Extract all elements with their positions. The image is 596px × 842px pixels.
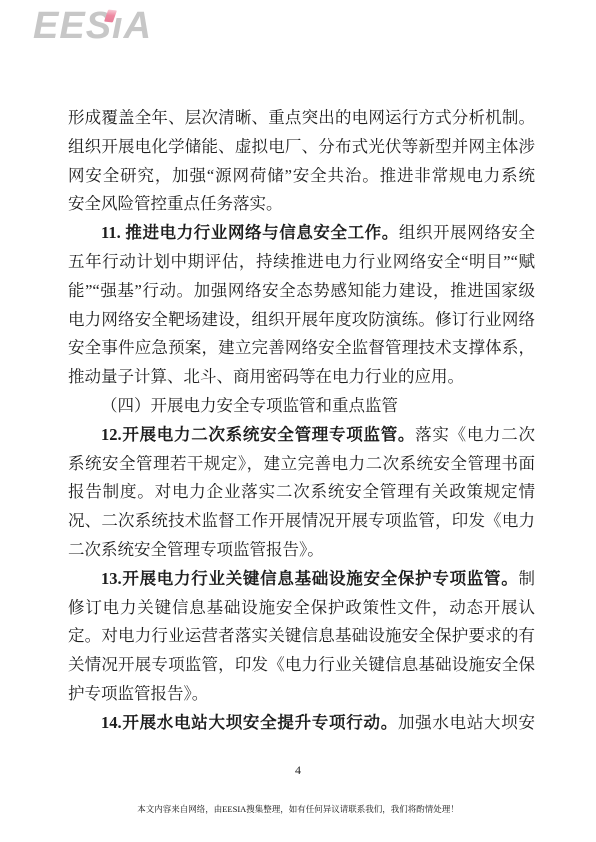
body-text: 安全风险管控重点任务落实。 bbox=[68, 194, 283, 213]
text-line: 14.开展水电站大坝安全提升专项行动。加强水电站大坝安 bbox=[68, 709, 535, 738]
body-text: 关情况开展专项监管，印发《电力行业关键信息基础设施安全保 bbox=[68, 655, 535, 674]
body-text: 定。对电力行业运营者落实关键信息基础设施安全保护要求的有 bbox=[68, 626, 535, 645]
text-line: 网安全研究，加强“源网荷储”安全共治。推进非常规电力系统 bbox=[68, 162, 535, 191]
body-text: 推动量子计算、北斗、商用密码等在电力行业的应用。 bbox=[68, 367, 464, 386]
body-text: 网安全研究，加强“源网荷储”安全共治。推进非常规电力系统 bbox=[68, 166, 535, 185]
text-line: 修订电力关键信息基础设施安全保护政策性文件，动态开展认 bbox=[68, 594, 535, 623]
body-text: 能”“强基”行动。加强网络安全态势感知能力建设，推进国家级 bbox=[68, 281, 535, 300]
body-text: 制 bbox=[519, 569, 536, 588]
heading-text: 11. 推进电力行业网络与信息安全工作。 bbox=[101, 223, 399, 242]
body-text: 五年行动计划中期评估，持续推进电力行业网络安全“明目”“赋 bbox=[68, 252, 535, 271]
text-line: 安全事件应急预案，建立完善网络安全监督管理技术支撑体系， bbox=[68, 334, 535, 363]
body-text: 组织开展网络安全 bbox=[399, 223, 535, 242]
body-text: 二次系统安全管理专项监管报告》。 bbox=[68, 540, 324, 559]
body-text: 护专项监管报告》。 bbox=[68, 684, 208, 703]
footer-disclaimer: 本文内容来自网络，由EESIA搜集整理，如有任何异议请联系我们，我们将酌情处理！ bbox=[0, 803, 596, 815]
text-line: 11. 推进电力行业网络与信息安全工作。组织开展网络安全 bbox=[68, 219, 535, 248]
heading-text: 12.开展电力二次系统安全管理专项监管。 bbox=[101, 425, 415, 444]
body-text: 电力网络安全靶场建设，组织开展年度攻防演练。修订行业网络 bbox=[68, 310, 535, 329]
text-line: 电力网络安全靶场建设，组织开展年度攻防演练。修订行业网络 bbox=[68, 306, 535, 335]
text-line: 组织开展电化学储能、虚拟电厂、分布式光伏等新型并网主体涉 bbox=[68, 133, 535, 162]
body-text: 加强水电站大坝安 bbox=[398, 713, 535, 732]
body-text: （四）开展电力安全专项监管和重点监管 bbox=[101, 396, 398, 415]
body-text: 系统安全管理若干规定》，建立完善电力二次系统安全管理书面 bbox=[68, 454, 535, 473]
page-number: 4 bbox=[0, 763, 596, 778]
body-text: 形成覆盖全年、层次清晰、重点突出的电网运行方式分析机制。 bbox=[68, 108, 535, 127]
text-line: 护专项监管报告》。 bbox=[68, 680, 535, 709]
document-lines: 形成覆盖全年、层次清晰、重点突出的电网运行方式分析机制。组织开展电化学储能、虚拟… bbox=[68, 104, 535, 738]
heading-text: 13.开展电力行业关键信息基础设施安全保护专项监管。 bbox=[101, 569, 519, 588]
body-text: 况、二次系统技术监督工作开展情况开展专项监管，印发《电力 bbox=[68, 511, 535, 530]
text-line: 关情况开展专项监管，印发《电力行业关键信息基础设施安全保 bbox=[68, 651, 535, 680]
text-line: 报告制度。对电力企业落实二次系统安全管理有关政策规定情 bbox=[68, 478, 535, 507]
text-line: 形成覆盖全年、层次清晰、重点突出的电网运行方式分析机制。 bbox=[68, 104, 535, 133]
document-body: 形成覆盖全年、层次清晰、重点突出的电网运行方式分析机制。组织开展电化学储能、虚拟… bbox=[68, 104, 535, 738]
text-line: 能”“强基”行动。加强网络安全态势感知能力建设，推进国家级 bbox=[68, 277, 535, 306]
body-text: 报告制度。对电力企业落实二次系统安全管理有关政策规定情 bbox=[68, 482, 535, 501]
document-page: EESıA 形成覆盖全年、层次清晰、重点突出的电网运行方式分析机制。组织开展电化… bbox=[0, 0, 596, 842]
text-line: 定。对电力行业运营者落实关键信息基础设施安全保护要求的有 bbox=[68, 622, 535, 651]
text-line: 况、二次系统技术监督工作开展情况开展专项监管，印发《电力 bbox=[68, 507, 535, 536]
text-line: 推动量子计算、北斗、商用密码等在电力行业的应用。 bbox=[68, 363, 535, 392]
logo-part-1: EES bbox=[33, 5, 112, 47]
text-line: 12.开展电力二次系统安全管理专项监管。落实《电力二次 bbox=[68, 421, 535, 450]
text-line: （四）开展电力安全专项监管和重点监管 bbox=[68, 392, 535, 421]
body-text: 修订电力关键信息基础设施安全保护政策性文件，动态开展认 bbox=[68, 598, 535, 617]
text-line: 五年行动计划中期评估，持续推进电力行业网络安全“明目”“赋 bbox=[68, 248, 535, 277]
logo-part-2: A bbox=[124, 5, 152, 47]
body-text: 安全事件应急预案，建立完善网络安全监督管理技术支撑体系， bbox=[68, 338, 535, 357]
body-text: 落实《电力二次 bbox=[415, 425, 535, 444]
text-line: 二次系统安全管理专项监管报告》。 bbox=[68, 536, 535, 565]
text-line: 系统安全管理若干规定》，建立完善电力二次系统安全管理书面 bbox=[68, 450, 535, 479]
eesia-logo: EESıA bbox=[33, 6, 152, 46]
text-line: 安全风险管控重点任务落实。 bbox=[68, 190, 535, 219]
text-line: 13.开展电力行业关键信息基础设施安全保护专项监管。制 bbox=[68, 565, 535, 594]
body-text: 组织开展电化学储能、虚拟电厂、分布式光伏等新型并网主体涉 bbox=[68, 137, 535, 156]
heading-text: 14.开展水电站大坝安全提升专项行动。 bbox=[101, 713, 398, 732]
